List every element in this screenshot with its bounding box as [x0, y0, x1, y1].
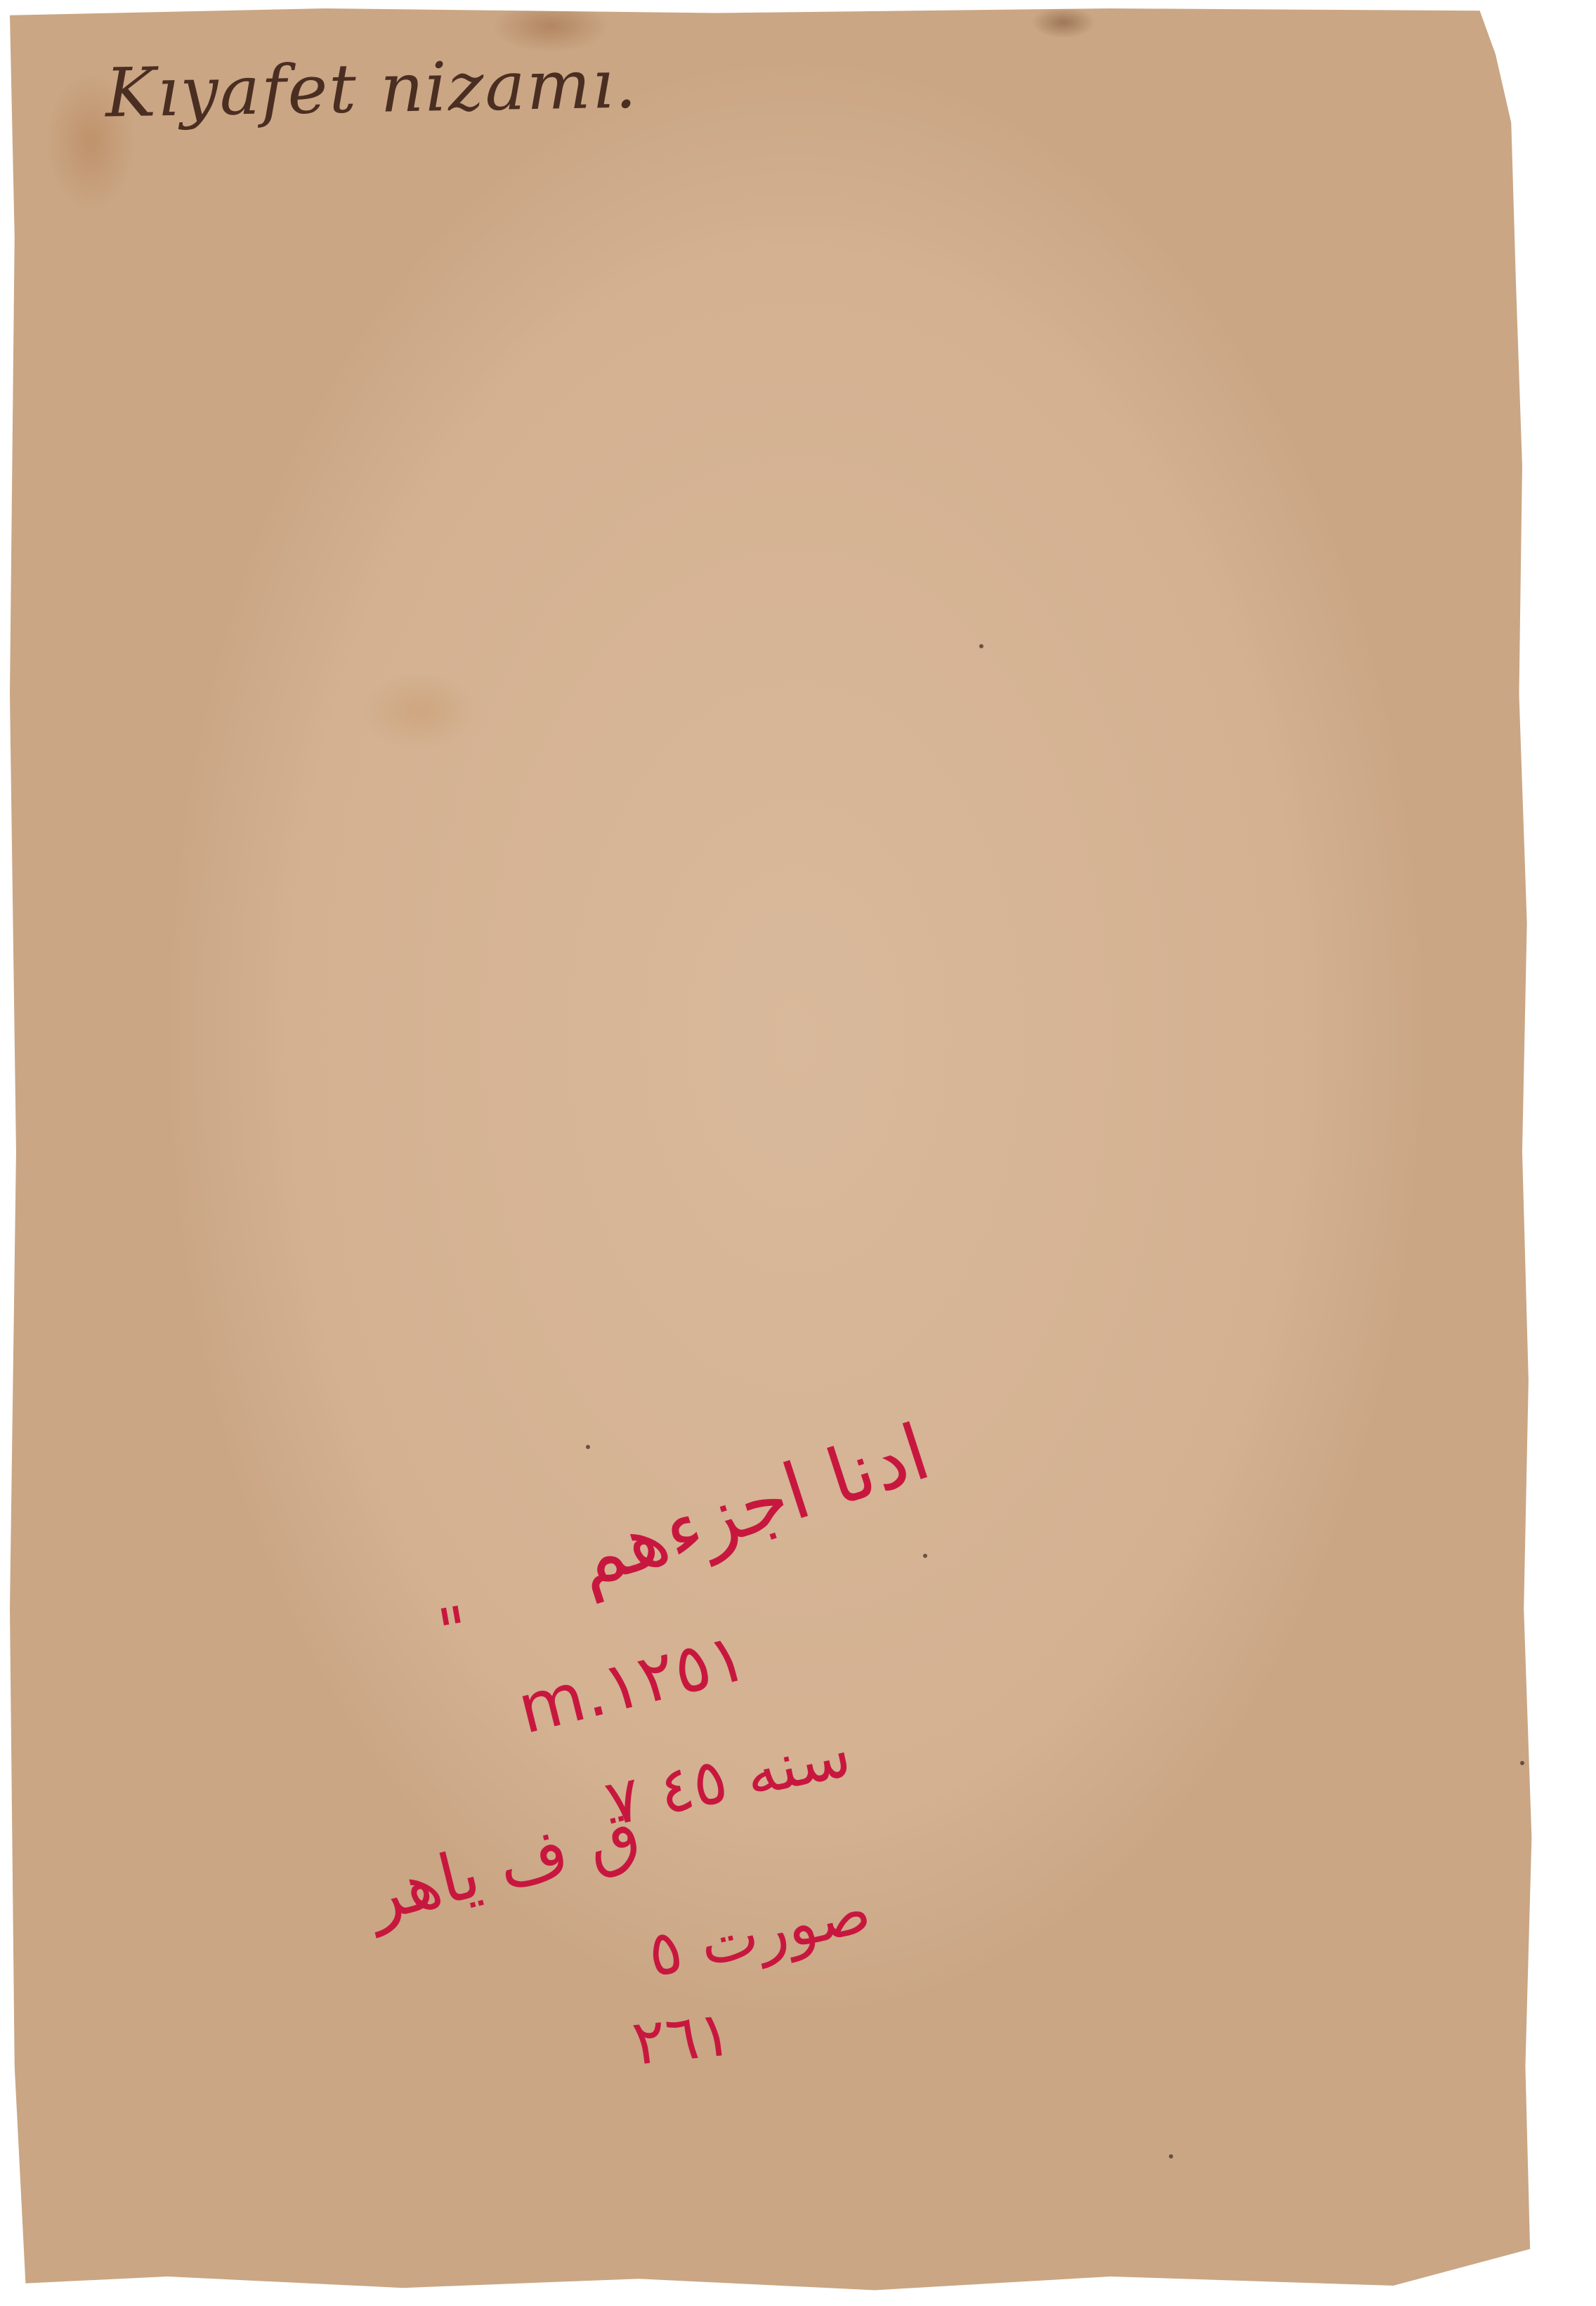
- paper-speck: [923, 1554, 927, 1558]
- red-annotation-item-number: ٢٦١: [629, 1997, 735, 2079]
- handwritten-heading: Kıyafet nizamı.: [105, 44, 639, 132]
- paper-speck: [1520, 1761, 1524, 1765]
- paper-speck: [586, 1445, 590, 1449]
- paper-speck: [1169, 2154, 1173, 2158]
- paper-speck: [979, 644, 983, 648]
